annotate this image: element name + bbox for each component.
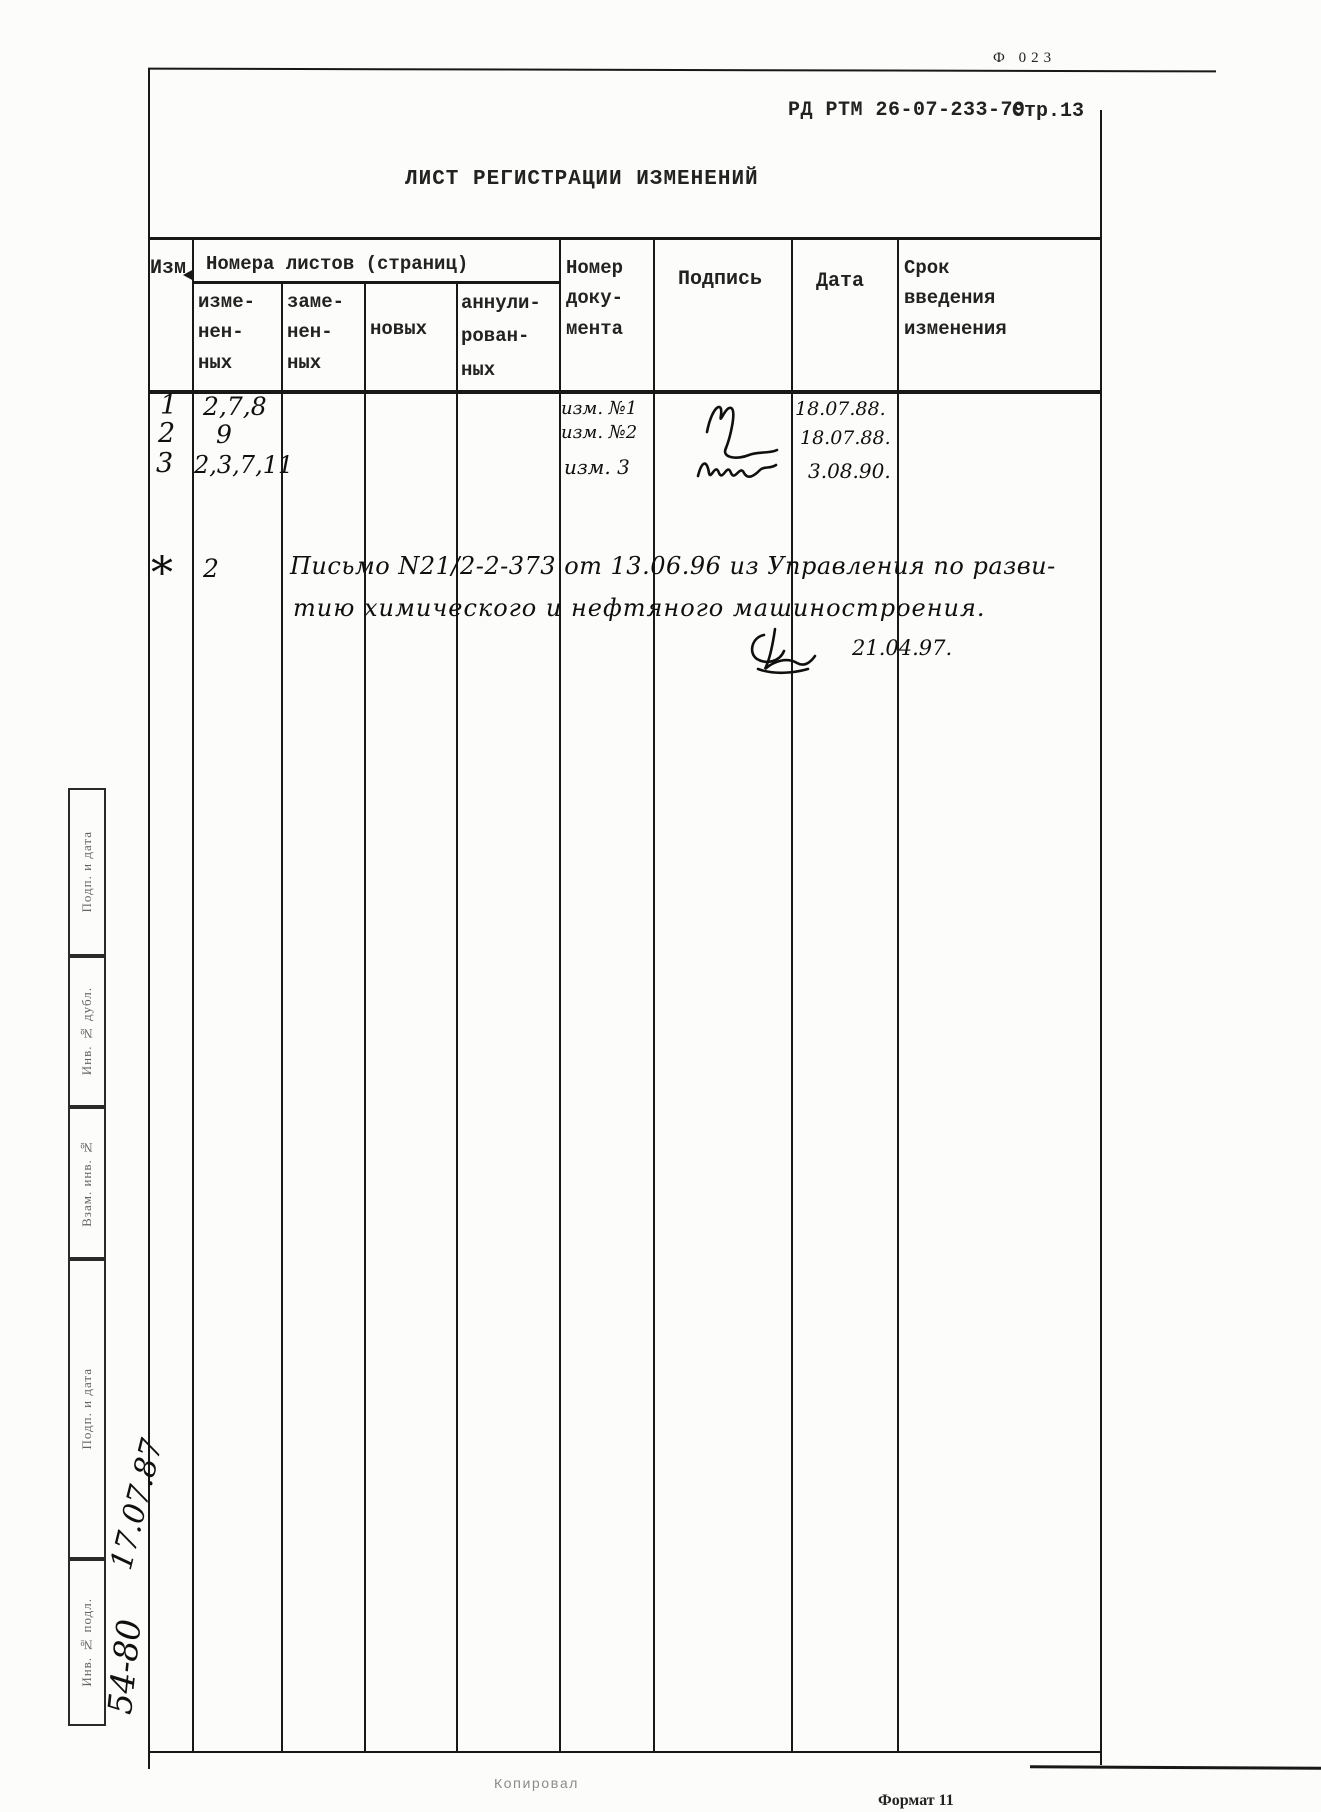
sidebar-box-podp-data-1: Подп. и дата (68, 788, 106, 956)
row1-izm: 1 (160, 390, 177, 421)
col-header-changed: изме- нен- ных (198, 287, 255, 378)
col-divider-changed (281, 282, 283, 1753)
row3-izm: 3 (156, 448, 173, 479)
table-bottom-border (148, 1751, 1100, 1753)
table-top-border (148, 237, 1100, 240)
col-header-term: Срок введения изменения (904, 253, 1007, 344)
col-divider-replaced (364, 282, 366, 1753)
signature-row-3 (692, 452, 780, 484)
sidebar-label-podp-data-2: Подп. и дата (79, 1368, 95, 1449)
row2-izm: 2 (158, 418, 175, 449)
amendment-note-line2: тию химического и нефтяного машиностроен… (293, 594, 986, 622)
row1-doc-number: изм. №1 (561, 398, 637, 419)
col-divider-annulled (559, 237, 561, 1753)
col-header-signature: Подпись (678, 264, 762, 296)
signature-rows-1-2 (697, 398, 787, 460)
sidebar-box-vzam-inv: Взам. инв. № (68, 1107, 106, 1259)
col-header-annulled: аннули- рован- ных (461, 287, 541, 387)
scanned-document-page: Ф 023 РД РТМ 26-07-233-79 Стр.13 ЛИСТ РЕ… (0, 0, 1321, 1812)
col-header-doc-number: Номер доку- мента (566, 253, 623, 344)
col-header-date: Дата (816, 266, 864, 298)
footer-copied-label: Копировал (494, 1774, 579, 1796)
sidebar-label-podp-data-1: Подп. и дата (79, 831, 95, 912)
row2-changed-pages: 9 (216, 420, 232, 449)
sidebar-value-inv-number: 54-80 (100, 1617, 149, 1716)
row3-changed-pages: 2,3,7,11 (194, 451, 293, 479)
header-body-divider (148, 390, 1100, 394)
sidebar-box-podp-data-2: Подп. и дата (68, 1259, 106, 1559)
bottom-right-rule (1030, 1765, 1321, 1770)
sidebar-box-inv-dubl: Инв. № дубл. (68, 956, 106, 1107)
row2-date: 18.07.88. (800, 427, 891, 449)
sidebar-label-inv-dubl: Инв. № дубл. (79, 987, 95, 1075)
amendment-note-line1: Письмо N21/2-2-373 от 13.06.96 из Управл… (290, 552, 1056, 580)
form-code: Ф 023 (993, 46, 1056, 70)
row3-doc-number: изм. 3 (564, 455, 630, 479)
col-divider-new (456, 282, 458, 1753)
row2-doc-number: изм. №2 (561, 422, 637, 443)
col-divider-doc (653, 237, 655, 1753)
row3-date: 3.08.90. (808, 459, 891, 483)
group-underline (192, 281, 560, 284)
row1-changed-pages: 2,7,8 (203, 392, 267, 421)
col-header-new: новых (370, 314, 427, 344)
col-divider-date (897, 237, 899, 1753)
frame-right (1100, 110, 1102, 1765)
col-header-izm: Изм (150, 253, 186, 285)
sidebar-label-vzam-inv: Взам. инв. № (79, 1139, 95, 1227)
page-title: ЛИСТ РЕГИСТРАЦИИ ИЗМЕНЕНИЙ (405, 163, 759, 197)
amendment-note-date: 21.04.97. (852, 636, 952, 660)
sidebar-value-podp-date: 17.07.87 (104, 1435, 170, 1573)
amendment-note-signature (742, 625, 842, 671)
doc-number: РД РТМ 26-07-233-79 (788, 95, 1026, 127)
col-header-replaced: заме- нен- ных (287, 287, 344, 378)
page-number: Стр.13 (1012, 96, 1084, 128)
col-divider-sign (791, 237, 793, 1753)
col-group-header: Номера листов (страниц) (206, 249, 468, 279)
row4-changed-pages: 2 (203, 554, 219, 583)
footer-format-label: Формат 11 (878, 1788, 954, 1812)
row1-date: 18.07.88. (795, 398, 886, 420)
sidebar-label-inv-podl: Инв. № подл. (79, 1598, 95, 1687)
row4-izm-asterisk: * (151, 548, 173, 599)
